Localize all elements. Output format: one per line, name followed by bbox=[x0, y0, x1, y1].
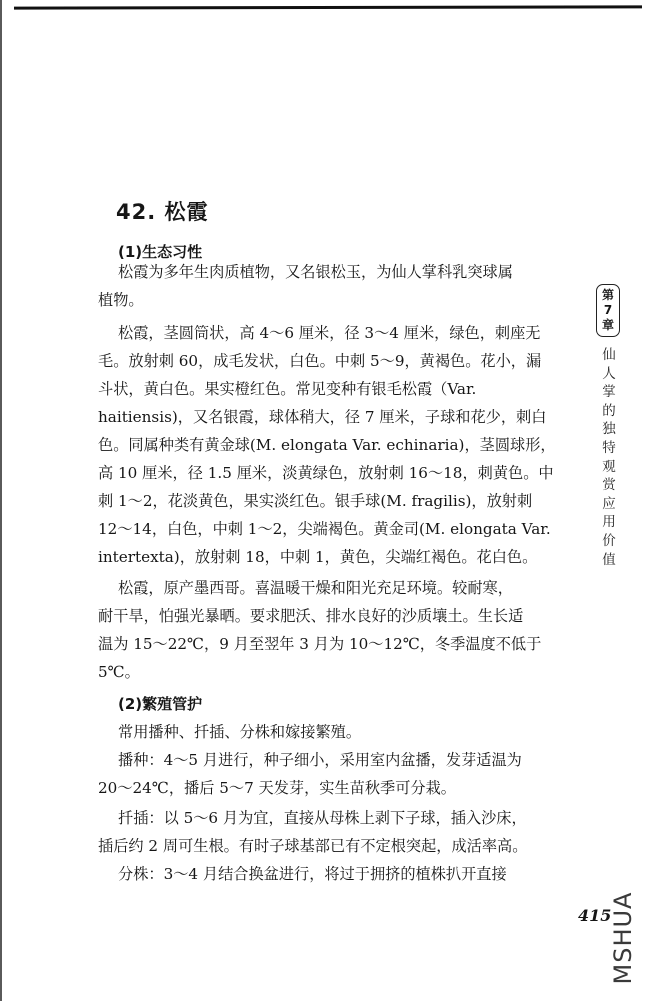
chapter-title-char: 价 bbox=[599, 532, 619, 551]
chapter-title-char: 用 bbox=[599, 513, 619, 532]
subheading-propagation: (2)繁殖管护 bbox=[118, 693, 202, 714]
text-line: 耐干旱，怕强光暴晒。要求肥沃、排水良好的沙质壤土。生长适 bbox=[98, 606, 584, 626]
text-line: 刺 1～2，花淡黄色，果实淡红色。银手球(M. fragilis)，放射刺 bbox=[98, 491, 584, 511]
chapter-tab-char: 第 bbox=[597, 288, 619, 303]
text-line: 毛。放射刺 60，成毛发状，白色。中刺 5～9，黄褐色。花小，漏 bbox=[98, 351, 584, 371]
text-line: 高 10 厘米，径 1.5 厘米，淡黄绿色，放射刺 16～18，刺黄色。中 bbox=[98, 463, 584, 483]
chapter-title-char: 观 bbox=[599, 458, 619, 477]
text-line: 松霞，茎圆筒状，高 4～6 厘米，径 3～4 厘米，绿色，刺座无 bbox=[118, 323, 584, 343]
text-line: 分株：3～4 月结合换盆进行，将过于拥挤的植株扒开直接 bbox=[118, 864, 584, 884]
text-line: 20～24℃，播后 5～7 天发芽，实生苗秋季可分栽。 bbox=[98, 778, 584, 798]
chapter-title-char: 独 bbox=[599, 420, 619, 439]
chapter-title-char: 的 bbox=[599, 402, 619, 421]
header-rule bbox=[14, 5, 642, 9]
chapter-title-char: 特 bbox=[599, 439, 619, 458]
text-line: 常用播种、扦插、分株和嫁接繁殖。 bbox=[118, 722, 584, 742]
watermark: MSHUA bbox=[598, 880, 648, 1000]
text-line: 温为 15～22℃，9 月至翌年 3 月为 10～12℃，冬季温度不低于 bbox=[98, 634, 584, 654]
chapter-title-vertical: 仙人掌的独特观赏应用价值 bbox=[599, 346, 619, 569]
chapter-title-char: 掌 bbox=[599, 383, 619, 402]
chapter-tab-number: 7 bbox=[597, 303, 619, 318]
chapter-title-char: 人 bbox=[599, 365, 619, 384]
page-left-edge bbox=[0, 0, 2, 1001]
chapter-tab: 第 7 章 bbox=[596, 284, 620, 337]
text-line: 5℃。 bbox=[98, 662, 584, 682]
chapter-title-char: 仙 bbox=[599, 346, 619, 365]
text-line: 插后约 2 周可生根。有时子球基部已有不定根突起，成活率高。 bbox=[98, 836, 584, 856]
subheading-ecology: (1)生态习性 bbox=[118, 241, 202, 262]
text-line: 色。同属种类有黄金球(M. elongata Var. echinaria)，茎… bbox=[98, 435, 584, 455]
text-line: 斗状，黄白色。果实橙红色。常见变种有银毛松霞（Var. bbox=[98, 379, 584, 399]
text-line: haitiensis)，又名银霞，球体稍大，径 7 厘米，子球和花少，刺白 bbox=[98, 407, 584, 427]
text-line: intertexta)，放射刺 18，中刺 1，黄色，尖端红褐色。花白色。 bbox=[98, 547, 584, 567]
text-line: 松霞为多年生肉质植物，又名银松玉，为仙人掌科乳突球属 bbox=[118, 262, 584, 282]
chapter-tab-char: 章 bbox=[597, 318, 619, 333]
chapter-title-char: 赏 bbox=[599, 476, 619, 495]
chapter-title-char: 应 bbox=[599, 495, 619, 514]
text-line: 扦插：以 5～6 月为宜，直接从母株上剥下子球，插入沙床， bbox=[118, 808, 584, 828]
chapter-title-char: 值 bbox=[599, 551, 619, 570]
text-line: 植物。 bbox=[98, 290, 584, 310]
text-line: 12～14，白色，中刺 1～2，尖端褐色。黄金司(M. elongata Var… bbox=[98, 519, 584, 539]
text-line: 播种：4～5 月进行，种子细小，采用室内盆播，发芽适温为 bbox=[118, 750, 584, 770]
text-line: 松霞，原产墨西哥。喜温暖干燥和阳光充足环境。较耐寒， bbox=[118, 578, 584, 598]
section-title: 42. 松霞 bbox=[116, 196, 209, 226]
